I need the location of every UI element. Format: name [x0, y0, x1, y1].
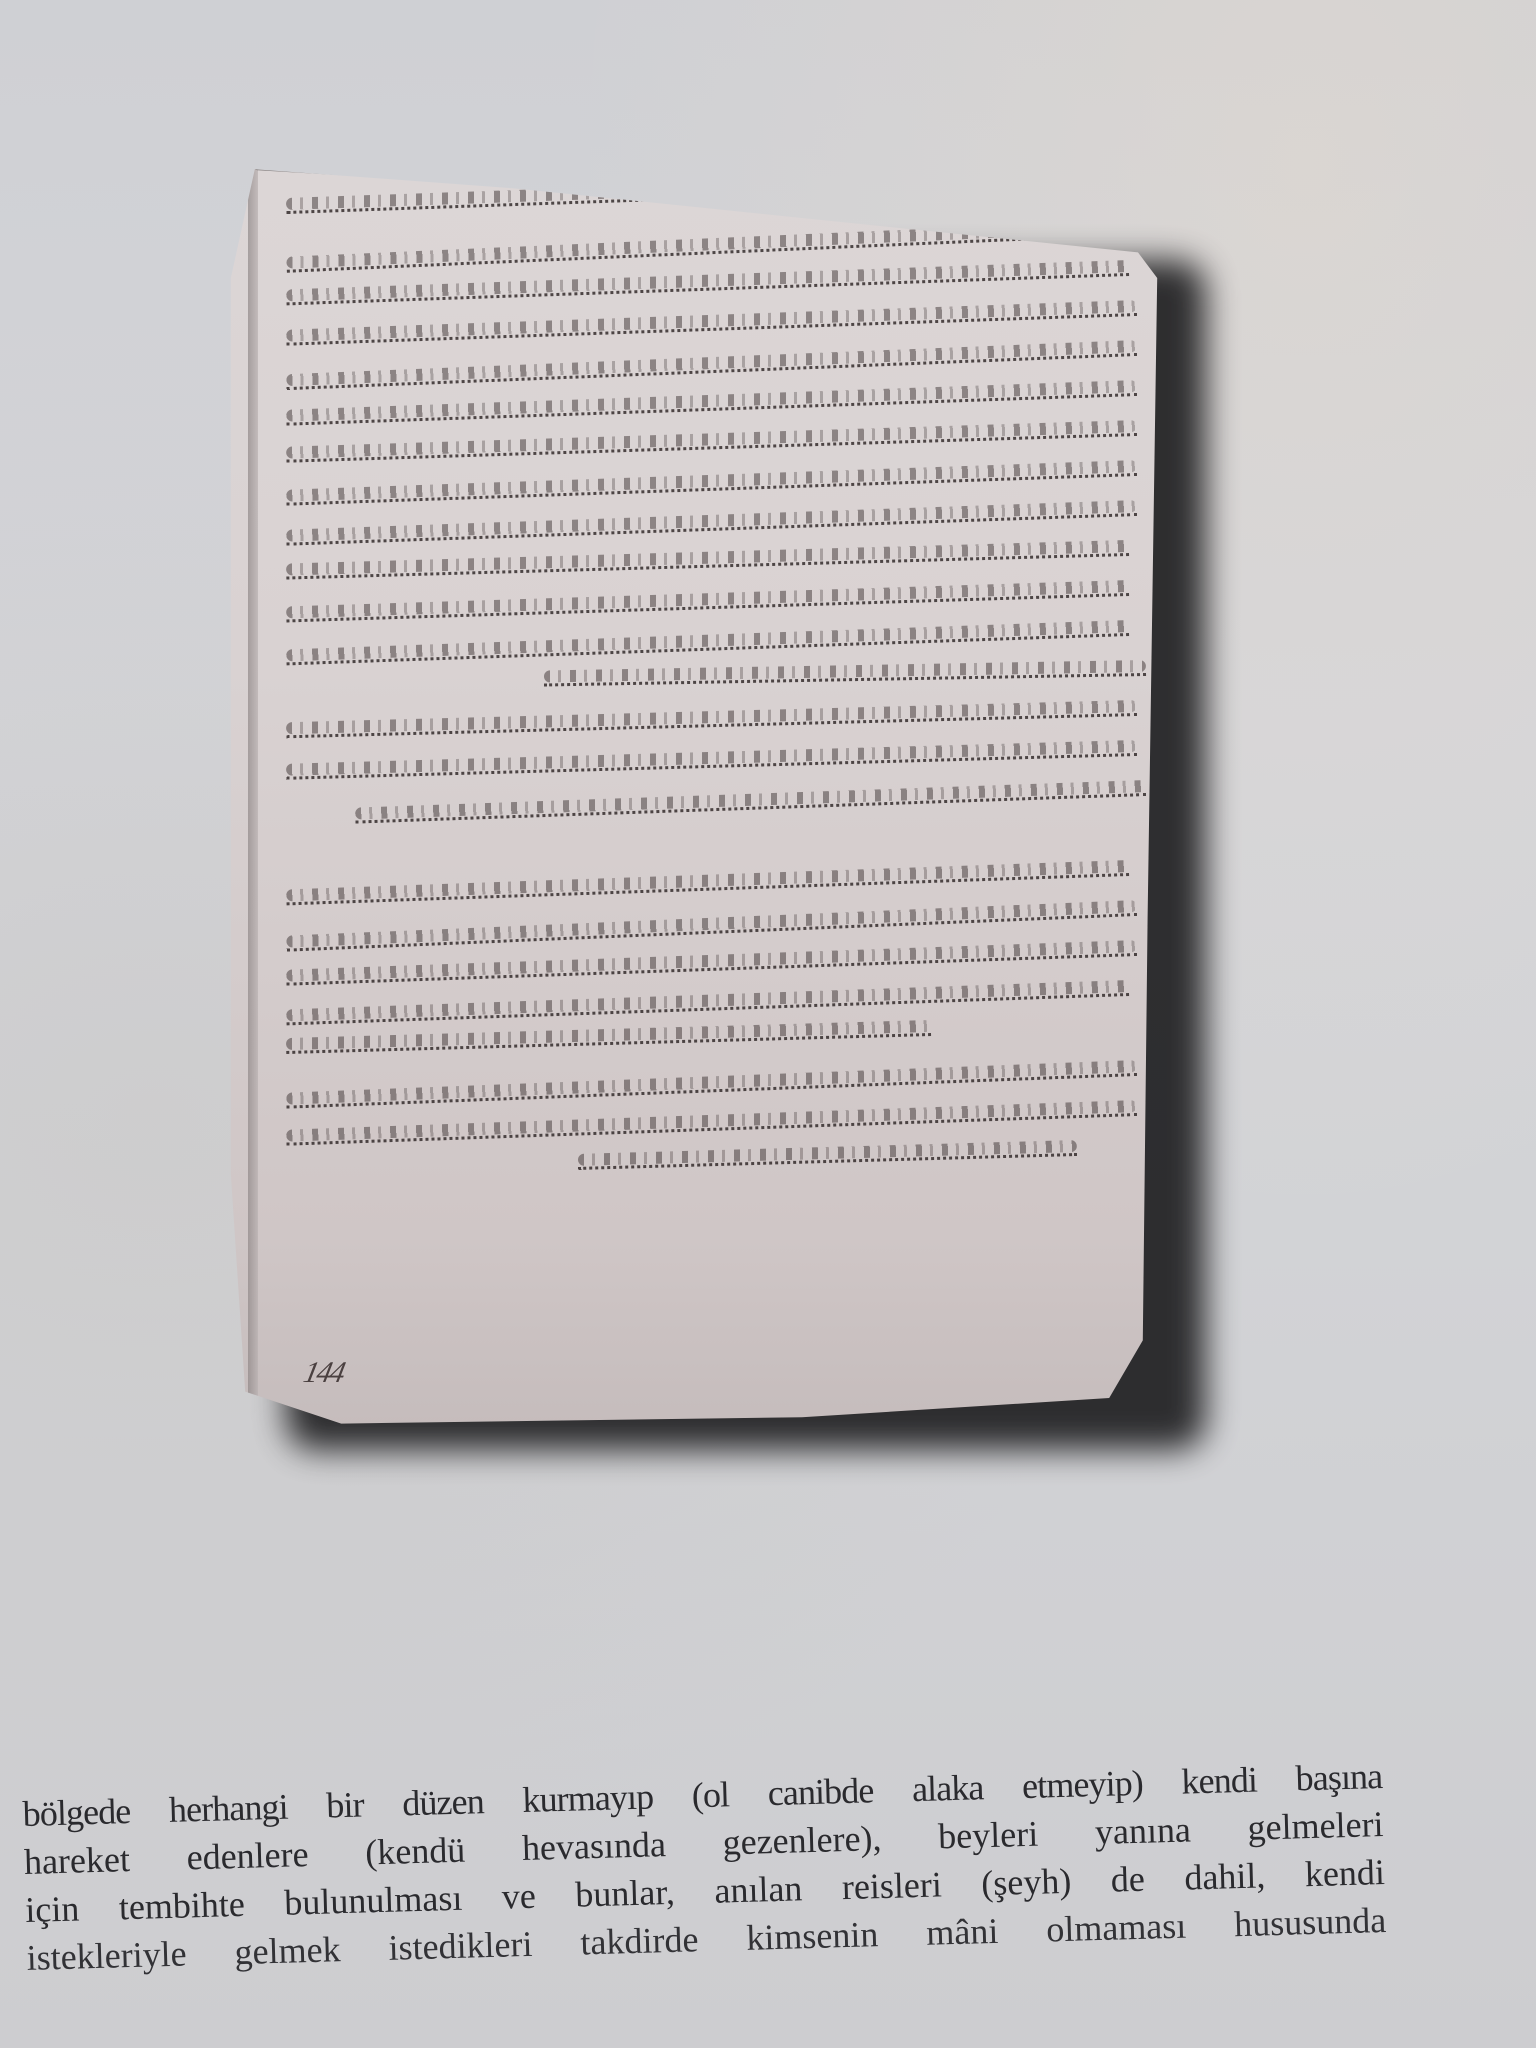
- manuscript-figure: 144: [226, 150, 1192, 1450]
- handwriting-block-1: [286, 190, 1146, 830]
- handwriting-line: [287, 1070, 1138, 1109]
- caption-text: bölgede herhangi bir düzen kurmayıp (ol …: [22, 1752, 1387, 1982]
- handwriting-line: [286, 870, 1128, 905]
- handwriting-line: [579, 1150, 1078, 1170]
- handwriting-line: [286, 470, 1137, 506]
- handwriting-line: [544, 670, 1146, 687]
- handwriting-line: [286, 390, 1137, 426]
- folio-number: 144: [300, 1356, 346, 1390]
- manuscript-page: 144: [226, 150, 1186, 1430]
- handwriting-line: [286, 950, 1137, 986]
- handwriting-line: [286, 270, 1128, 305]
- handwriting-line: [355, 790, 1146, 824]
- handwriting-line: [286, 990, 1128, 1025]
- handwriting-line: [286, 1030, 931, 1054]
- handwriting-line: [286, 630, 1128, 665]
- handwriting-line: [286, 430, 1137, 463]
- handwriting-line: [286, 710, 1137, 738]
- handwriting-line: [286, 1110, 1137, 1146]
- handwriting-line: [286, 310, 1137, 346]
- handwriting-line: [286, 190, 802, 214]
- handwriting-line: [286, 550, 1129, 580]
- handwriting-block-2: [286, 870, 1146, 1190]
- handwriting-line: [286, 750, 1137, 780]
- handwriting-line: [286, 510, 1137, 546]
- handwriting-line: [286, 590, 1129, 622]
